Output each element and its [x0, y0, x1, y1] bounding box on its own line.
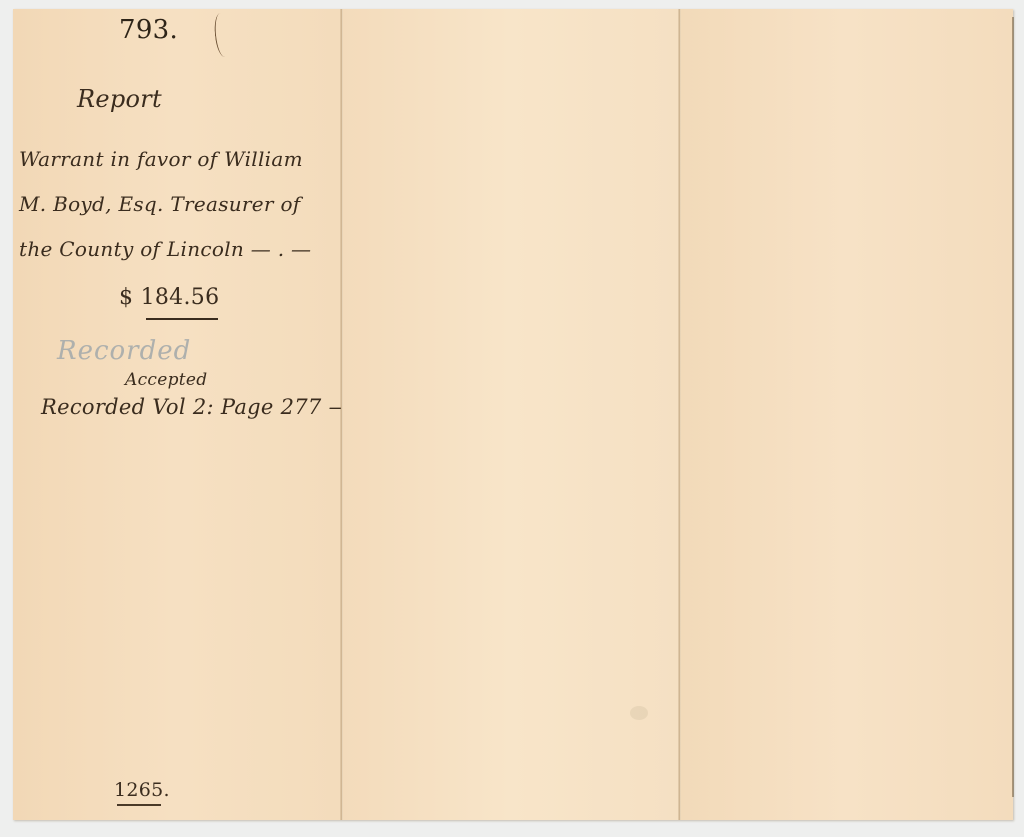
warrant-amount: $ 184.56: [119, 285, 219, 310]
description-line-3: the County of Lincoln — . —: [19, 237, 311, 261]
docket-number: 793.: [119, 15, 178, 45]
page-edge-shadow: [1012, 17, 1014, 797]
right-panel: [679, 9, 1013, 820]
report-title: Report: [77, 85, 162, 113]
recording-reference: Recorded Vol 2: Page 277 —: [41, 395, 350, 419]
description-line-2: M. Boyd, Esq. Treasurer of: [19, 192, 301, 216]
fold-line-right: [678, 9, 681, 820]
left-panel: 793. Report Warrant in favor of William …: [13, 9, 341, 820]
pencil-recorded-note: Recorded: [57, 336, 191, 366]
middle-panel: [341, 9, 679, 820]
document-sheet: 793. Report Warrant in favor of William …: [13, 9, 1013, 820]
bottom-number-underline: [117, 804, 161, 806]
fold-line-left: [340, 9, 343, 820]
amount-underline: [146, 318, 218, 320]
bracket-mark: [213, 12, 233, 57]
description-line-1: Warrant in favor of William: [19, 147, 303, 171]
bottom-number: 1265.: [114, 779, 170, 801]
paper-smudge: [630, 706, 648, 720]
accepted-note: Accepted: [125, 370, 207, 390]
